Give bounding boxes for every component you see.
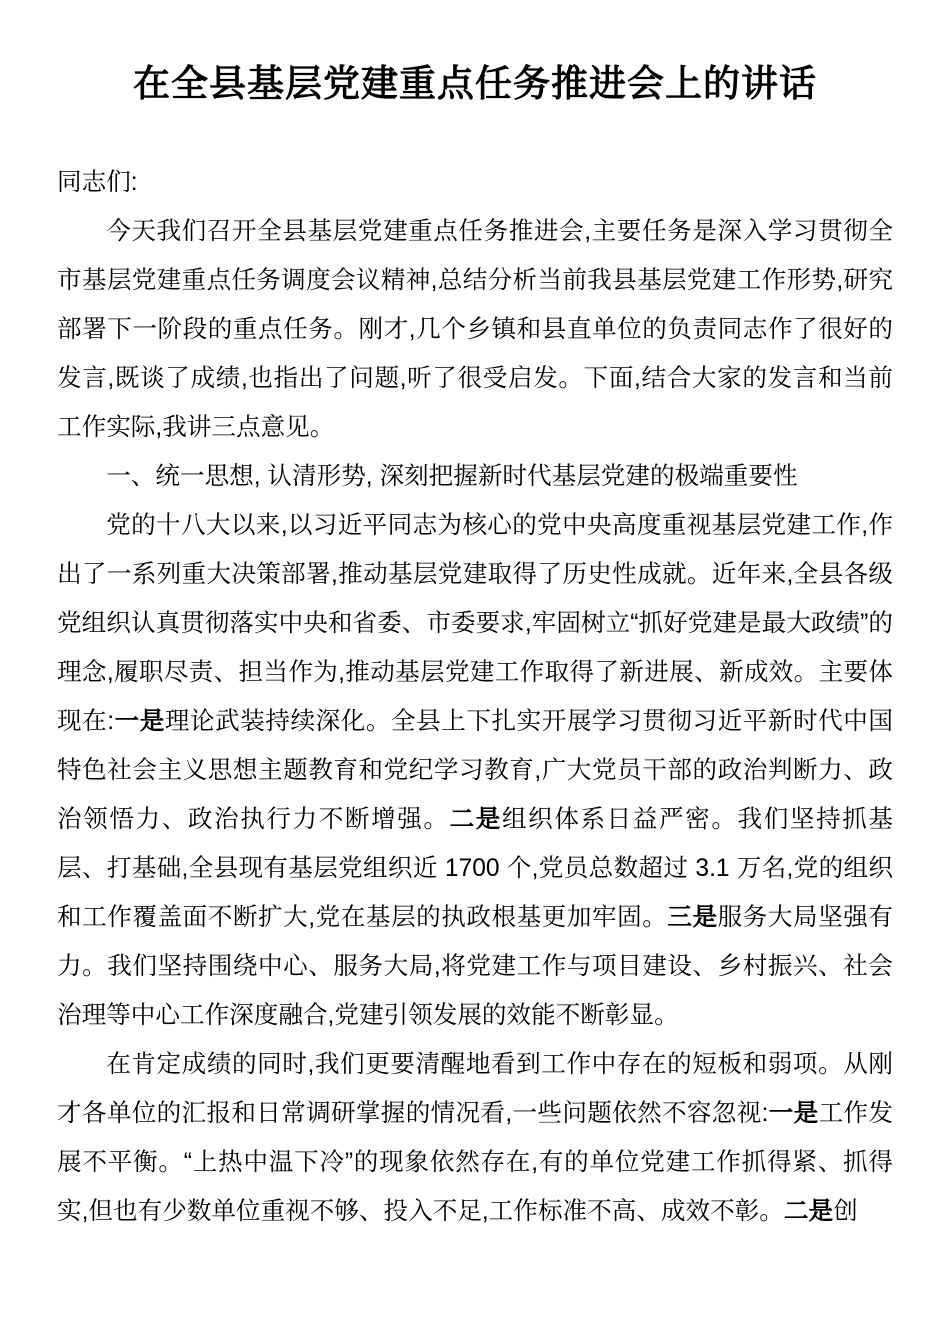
text-run: 同志们: [57, 169, 138, 196]
section-heading: 一、统一思想, 认清形势, 深刻把握新时代基层党建的极端重要性 [57, 452, 893, 501]
salutation: 同志们: [57, 158, 893, 207]
document-title: 在全县基层党建重点任务推进会上的讲话 [57, 58, 893, 110]
document-page: 在全县基层党建重点任务推进会上的讲话 同志们:今天我们召开全县基层党建重点任务推… [0, 0, 950, 1344]
text-run: 一、统一思想, 认清形势, 深刻把握新时代基层党建的极端重要性 [106, 463, 797, 490]
paragraph: 今天我们召开全县基层党建重点任务推进会,主要任务是深入学习贯彻全市基层党建重点任… [57, 207, 893, 452]
bold-text-run: 三是 [667, 904, 717, 931]
document-body: 同志们:今天我们召开全县基层党建重点任务推进会,主要任务是深入学习贯彻全市基层党… [57, 158, 893, 1236]
bold-text-run: 二是 [784, 1198, 833, 1225]
text-run: 党的十八大以来,以习近平同志为核心的党中央高度重视基层党建工作,作出了一系列重大… [57, 512, 893, 735]
text-run: 创 [833, 1198, 858, 1225]
bold-text-run: 一是 [768, 1100, 818, 1127]
paragraph: 党的十八大以来,以习近平同志为核心的党中央高度重视基层党建工作,作出了一系列重大… [57, 501, 893, 1040]
bold-text-run: 二是 [450, 806, 502, 833]
paragraph: 在肯定成绩的同时,我们更要清醒地看到工作中存在的短板和弱项。从刚才各单位的汇报和… [57, 1040, 893, 1236]
bold-text-run: 一是 [114, 708, 165, 735]
text-run: 今天我们召开全县基层党建重点任务推进会,主要任务是深入学习贯彻全市基层党建重点任… [57, 218, 893, 441]
